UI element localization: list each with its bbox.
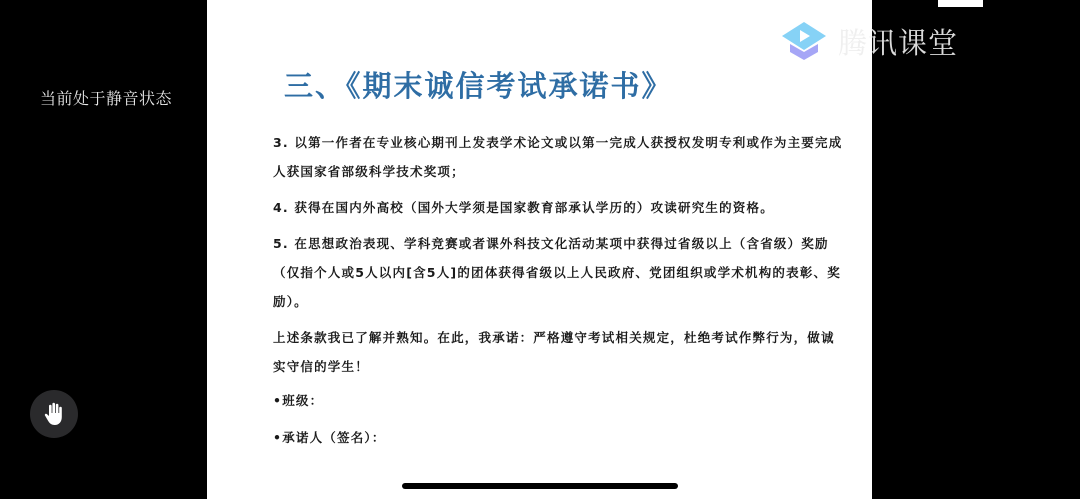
presentation-slide: 三、《期末诚信考试承诺书》 3. 以第一作者在专业核心期刊上发表学术论文或以第一… [207, 0, 872, 499]
slide-title: 三、《期末诚信考试承诺书》 [284, 64, 673, 105]
screen: 当前处于静音状态 三、《期末诚信考试承诺书》 3. 以第一作者在专业核心期刊上发… [0, 0, 1080, 499]
hand-icon [43, 402, 65, 426]
clause-5: 5. 在思想政治表现、学科竞赛或者课外科技文化活动某项中获得过省级以上（含省级）… [273, 229, 843, 316]
slide-body: 3. 以第一作者在专业核心期刊上发表学术论文或以第一完成人获授权发明专利或作为主… [273, 128, 843, 465]
mute-status-text: 当前处于静音状态 [40, 86, 172, 109]
brand-name: 腾讯课堂 [838, 21, 958, 62]
home-indicator-bar[interactable] [402, 483, 678, 489]
tencent-classroom-logo-icon [780, 20, 828, 62]
raise-hand-button[interactable] [30, 390, 78, 438]
class-field-label: •班级： [273, 391, 843, 411]
pledge-statement: 上述条款我已了解并熟知。在此，我承诺：严格遵守考试相关规定，杜绝考试作弊行为，做… [273, 323, 843, 381]
top-indicator-tab [938, 0, 983, 7]
signature-field-label: •承诺人（签名）： [273, 428, 843, 448]
clause-3: 3. 以第一作者在专业核心期刊上发表学术论文或以第一完成人获授权发明专利或作为主… [273, 128, 843, 186]
clause-4: 4. 获得在国内外高校（国外大学须是国家教育部承认学历的）攻读研究生的资格。 [273, 193, 843, 222]
brand-watermark: 腾讯课堂 [780, 20, 958, 62]
